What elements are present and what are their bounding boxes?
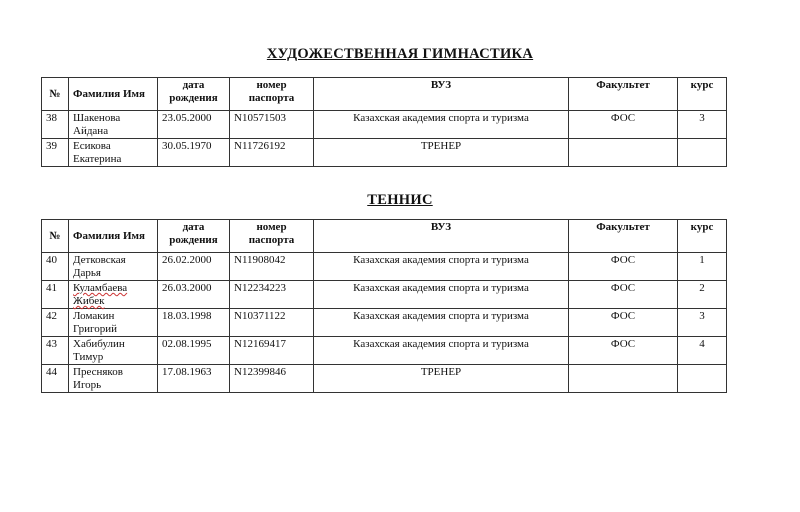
cell-num: 41 — [42, 281, 69, 309]
cell-university: Казахская академия спорта и туризма — [314, 337, 569, 365]
cell-num: 38 — [42, 111, 69, 139]
cell-university: Казахская академия спорта и туризма — [314, 309, 569, 337]
table-row: 40 ДетковскаяДарья 26.02.2000 N11908042 … — [42, 253, 727, 281]
cell-course: 3 — [678, 111, 727, 139]
cell-university: ТРЕНЕР — [314, 365, 569, 393]
cell-course: 2 — [678, 281, 727, 309]
cell-faculty: ФОС — [569, 337, 678, 365]
surname: Детковская — [73, 254, 126, 266]
cell-faculty — [569, 139, 678, 167]
surname: Куламбаева — [73, 282, 127, 294]
cell-dob: 30.05.1970 — [158, 139, 230, 167]
cell-passport: N10371122 — [230, 309, 314, 337]
cell-university: Казахская академия спорта и туризма — [314, 253, 569, 281]
first-name: Жибек — [73, 295, 104, 307]
table-row: 39 ЕсиковаЕкатерина 30.05.1970 N11726192… — [42, 139, 727, 167]
table-header-row: № Фамилия Имя дата рождения номер паспор… — [42, 220, 727, 253]
cell-course — [678, 365, 727, 393]
cell-faculty: ФОС — [569, 281, 678, 309]
header-passport: номер паспорта — [230, 220, 314, 253]
header-faculty: Факультет — [569, 78, 678, 111]
header-faculty: Факультет — [569, 220, 678, 253]
cell-dob: 23.05.2000 — [158, 111, 230, 139]
cell-passport: N12169417 — [230, 337, 314, 365]
cell-faculty: ФОС — [569, 309, 678, 337]
cell-course: 4 — [678, 337, 727, 365]
cell-passport: N11908042 — [230, 253, 314, 281]
surname: Хабибулин — [73, 338, 125, 350]
cell-passport: N10571503 — [230, 111, 314, 139]
section-title-tennis: ТЕННИС — [0, 192, 800, 209]
cell-num: 39 — [42, 139, 69, 167]
header-name: Фамилия Имя — [69, 220, 158, 253]
header-dob: дата рождения — [158, 220, 230, 253]
cell-name: ХабибулинТимур — [69, 337, 158, 365]
cell-dob: 18.03.1998 — [158, 309, 230, 337]
cell-name: ШакеноваАйдана — [69, 111, 158, 139]
header-name: Фамилия Имя — [69, 78, 158, 111]
cell-dob: 02.08.1995 — [158, 337, 230, 365]
cell-course — [678, 139, 727, 167]
table-row: 43 ХабибулинТимур 02.08.1995 N12169417 К… — [42, 337, 727, 365]
tennis-table: № Фамилия Имя дата рождения номер паспор… — [41, 219, 727, 393]
surname: Есикова — [73, 140, 111, 152]
cell-course: 1 — [678, 253, 727, 281]
cell-passport: N12234223 — [230, 281, 314, 309]
first-name: Дарья — [73, 267, 101, 279]
header-dob: дата рождения — [158, 78, 230, 111]
first-name: Игорь — [73, 379, 101, 391]
cell-university: Казахская академия спорта и туризма — [314, 111, 569, 139]
cell-university: ТРЕНЕР — [314, 139, 569, 167]
cell-dob: 17.08.1963 — [158, 365, 230, 393]
surname: Пресняков — [73, 366, 123, 378]
gymnastics-table: № Фамилия Имя дата рождения номер паспор… — [41, 77, 727, 167]
table-row: 44 ПресняковИгорь 17.08.1963 N12399846 Т… — [42, 365, 727, 393]
cell-num: 40 — [42, 253, 69, 281]
surname: Шакенова — [73, 112, 120, 124]
header-university: ВУЗ — [314, 78, 569, 111]
cell-name: ЛомакинГригорий — [69, 309, 158, 337]
surname: Ломакин — [73, 310, 114, 322]
cell-name: КуламбаеваЖибек — [69, 281, 158, 309]
cell-passport: N12399846 — [230, 365, 314, 393]
table-row: 38 ШакеноваАйдана 23.05.2000 N10571503 К… — [42, 111, 727, 139]
cell-name: ПресняковИгорь — [69, 365, 158, 393]
table-row: 42 ЛомакинГригорий 18.03.1998 N10371122 … — [42, 309, 727, 337]
cell-faculty — [569, 365, 678, 393]
first-name: Григорий — [73, 323, 117, 335]
header-course: курс — [678, 78, 727, 111]
first-name: Айдана — [73, 125, 108, 137]
header-num: № — [42, 220, 69, 253]
cell-course: 3 — [678, 309, 727, 337]
header-passport: номер паспорта — [230, 78, 314, 111]
header-university: ВУЗ — [314, 220, 569, 253]
cell-passport: N11726192 — [230, 139, 314, 167]
table-header-row: № Фамилия Имя дата рождения номер паспор… — [42, 78, 727, 111]
header-num: № — [42, 78, 69, 111]
cell-name: ЕсиковаЕкатерина — [69, 139, 158, 167]
table-row: 41 КуламбаеваЖибек 26.03.2000 N12234223 … — [42, 281, 727, 309]
cell-num: 44 — [42, 365, 69, 393]
header-course: курс — [678, 220, 727, 253]
first-name: Тимур — [73, 351, 103, 363]
cell-dob: 26.02.2000 — [158, 253, 230, 281]
first-name: Екатерина — [73, 153, 121, 165]
cell-faculty: ФОС — [569, 111, 678, 139]
cell-faculty: ФОС — [569, 253, 678, 281]
cell-university: Казахская академия спорта и туризма — [314, 281, 569, 309]
section-title-gymnastics: ХУДОЖЕСТВЕННАЯ ГИМНАСТИКА — [0, 46, 800, 63]
cell-name: ДетковскаяДарья — [69, 253, 158, 281]
cell-dob: 26.03.2000 — [158, 281, 230, 309]
cell-num: 43 — [42, 337, 69, 365]
cell-num: 42 — [42, 309, 69, 337]
